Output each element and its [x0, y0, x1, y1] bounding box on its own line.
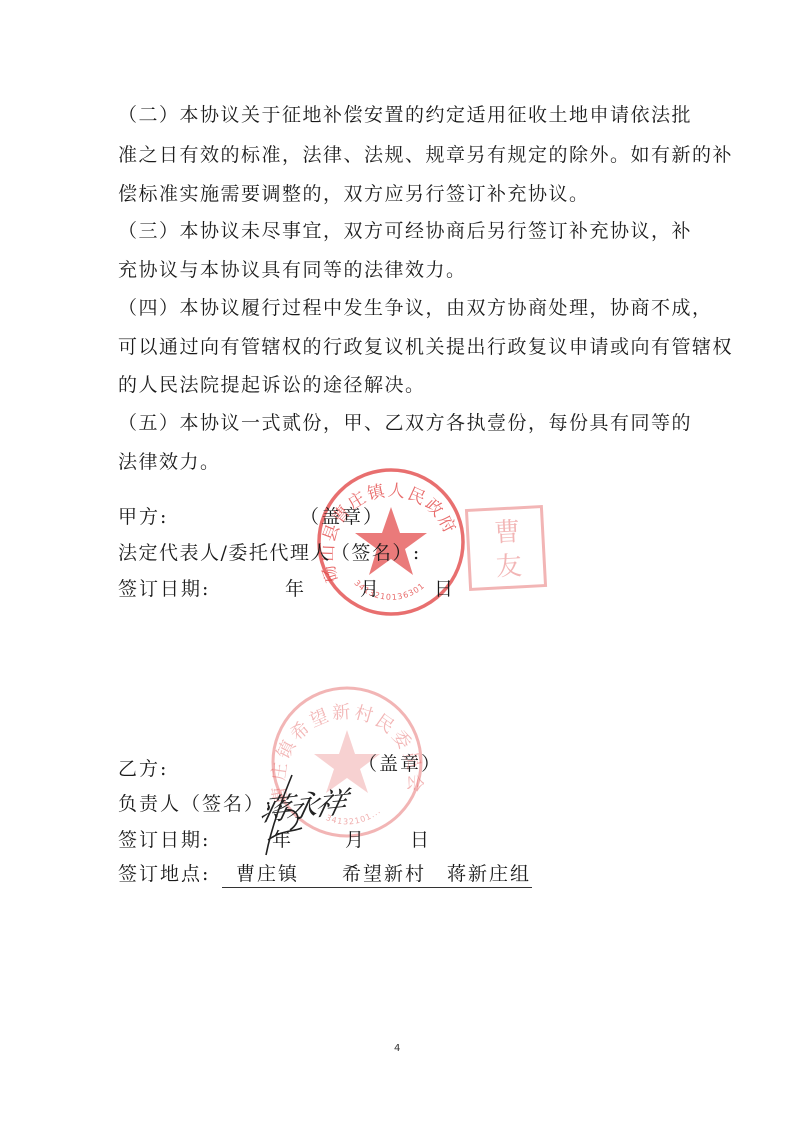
- clause-line: （二）本协议关于征地补偿安置的约定适用征收土地申请依法批: [118, 103, 692, 127]
- party-a-personal-seal-icon: 曹 友: [465, 505, 547, 591]
- clause-line: （三）本协议未尽事宜，双方可经协商后另行签订补充协议，补: [118, 219, 692, 243]
- clause-line: （五）本协议一式贰份，甲、乙双方各执壹份，每份具有同等的: [118, 411, 692, 435]
- place-town: 曹庄镇: [236, 862, 299, 886]
- clause-line: 的人民法院提起诉讼的途径解决。: [118, 373, 426, 397]
- party-b-place-underline: 曹庄镇 希望新村 蒋新庄组: [222, 862, 532, 888]
- party-b-rep-label: 负责人（签名）:: [118, 792, 273, 816]
- place-village: 希望新村: [342, 862, 426, 886]
- clause-line: 法律效力。: [118, 450, 221, 474]
- clause-line: 可以通过向有管辖权的行政复议机关提出行政复议申请或向有管辖权: [118, 335, 733, 359]
- party-a-month: 月: [360, 577, 381, 601]
- party-a-year: 年: [285, 577, 306, 601]
- party-a-rep-label: 法定代表人/委托代理人（签名）:: [118, 541, 421, 565]
- personal-seal-text: 曹 友: [486, 517, 526, 579]
- party-a-day: 日: [434, 577, 455, 601]
- party-b-place-label: 签订地点:: [118, 862, 210, 886]
- place-group: 蒋新庄组: [447, 862, 531, 886]
- party-a-seal-note: （盖章）: [300, 505, 384, 529]
- clause-line: 充协议与本协议具有同等的法律效力。: [118, 258, 467, 282]
- clause-line: 偿标准实施需要调整的，双方应另行签订补充协议。: [118, 182, 590, 206]
- party-b-month: 月: [345, 828, 366, 852]
- clause-line: 准之日有效的标准，法律、法规、规章另有规定的除外。如有新的补: [118, 143, 733, 167]
- party-b-date-label: 签订日期:: [118, 828, 210, 852]
- party-a-label: 甲方:: [118, 505, 168, 529]
- party-a-date-label: 签订日期:: [118, 577, 210, 601]
- clause-line: （四）本协议履行过程中发生争议，由双方协商处理，协商不成，: [118, 296, 713, 320]
- page-number: 4: [394, 1043, 400, 1054]
- party-b-day: 日: [410, 828, 431, 852]
- party-b-seal-note: （盖章）: [358, 752, 442, 776]
- party-b-year: 年: [272, 828, 293, 852]
- party-b-label: 乙方:: [118, 757, 168, 781]
